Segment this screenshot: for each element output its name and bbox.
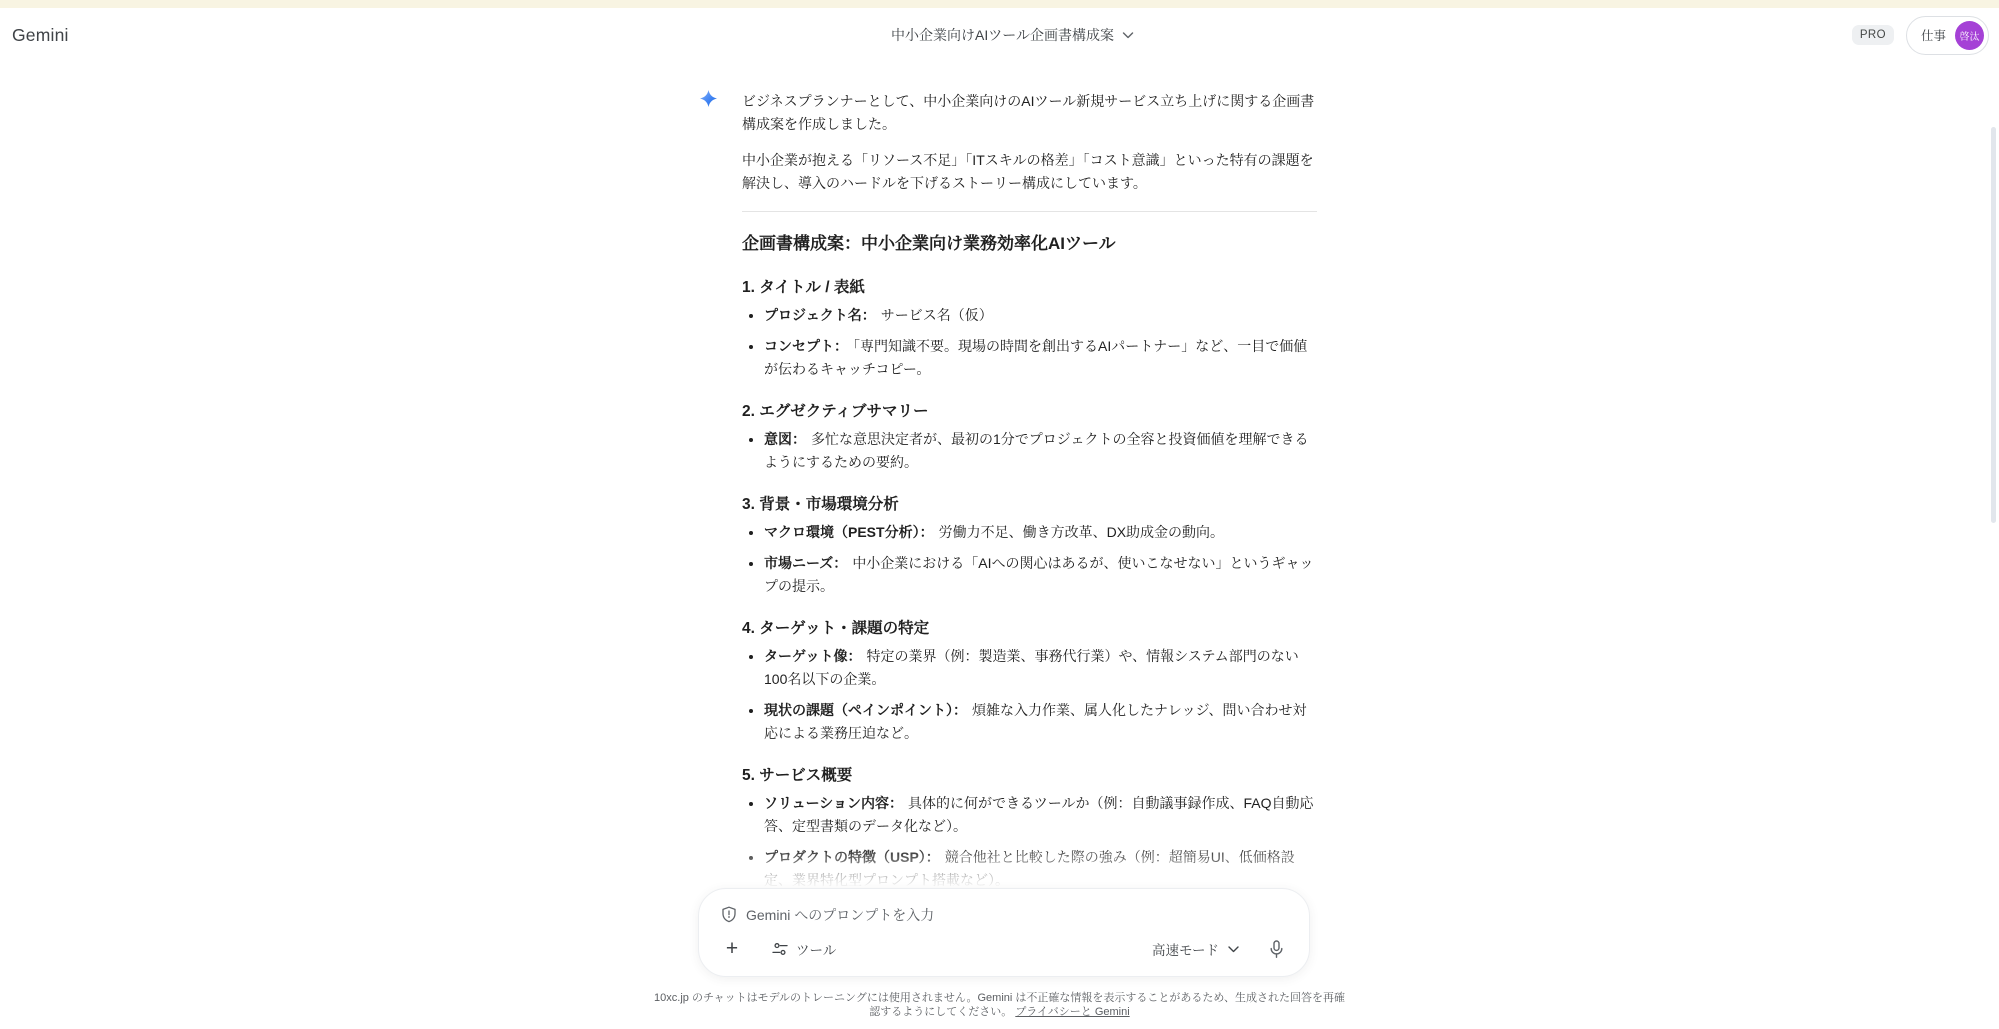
bullet-text: 多忙な意思決定者が、最初の1分でプロジェクトの全容と投資価値を理解できるようにす… [764,431,1309,470]
bullet-lead: コンセプト： [764,338,848,354]
section-heading: 1. タイトル / 表紙 [742,277,1317,298]
list-item: 市場ニーズ：中小企業における「AIへの関心はあるが、使いこなせない」というギャッ… [764,552,1317,598]
section-heading: 5. サービス概要 [742,765,1317,786]
bullet-list: ターゲット像：特定の業界（例：製造業、事務代行業）や、情報システム部門のない10… [742,645,1317,745]
mic-button[interactable] [1263,936,1289,962]
section-heading: 4. ターゲット・課題の特定 [742,618,1317,639]
bullet-list: 意図：多忙な意思決定者が、最初の1分でプロジェクトの全容と投資価値を理解できるよ… [742,428,1317,474]
bullet-list: マクロ環境（PEST分析）：労働力不足、働き方改革、DX助成金の動向。 市場ニー… [742,521,1317,598]
bullet-lead: 市場ニーズ： [764,555,847,571]
app-logo[interactable]: Gemini [12,25,69,46]
list-item: 現状の課題（ペインポイント）：煩雑な入力作業、属人化したナレッジ、問い合わせ対応… [764,699,1317,745]
list-item: ターゲット像：特定の業界（例：製造業、事務代行業）や、情報システム部門のない10… [764,645,1317,691]
bullet-lead: ソリューション内容： [764,795,903,811]
model-response: ビジネスプランナーとして、中小企業向けのAIツール新規サービス立ち上げに関する企… [742,90,1317,892]
browser-accent-strip [0,0,1999,8]
scrollbar-thumb[interactable] [1991,127,1996,523]
mic-icon [1268,940,1285,959]
intro-paragraph: 中小企業が抱える「リソース不足」「ITスキルの格差」「コスト意識」といった特有の… [742,149,1317,195]
plus-icon: + [726,937,738,960]
list-item: プロダクトの特徴（USP）：競合他社と比較した際の強み（例：超簡易UI、低価格設… [764,846,1317,892]
account-pill[interactable]: 仕事 啓汰 [1906,16,1989,55]
bullet-lead: ターゲット像： [764,648,861,664]
list-item: プロジェクト名：サービス名（仮） [764,304,1317,327]
intro-paragraph: ビジネスプランナーとして、中小企業向けのAIツール新規サービス立ち上げに関する企… [742,90,1317,136]
app-header: Gemini 中小企業向けAIツール企画書構成案 PRO 仕事 啓汰 [0,8,1999,62]
chevron-down-icon [1228,946,1239,953]
bullet-list: ソリューション内容：具体的に何ができるツールか（例：自動議事録作成、FAQ自動応… [742,792,1317,892]
composer-input-row [699,889,1309,923]
bullet-list: プロジェクト名：サービス名（仮） コンセプト：「専門知識不要。現場の時間を創出す… [742,304,1317,381]
prompt-input[interactable] [746,907,1285,923]
tools-button[interactable]: ツール [772,939,836,959]
list-item: コンセプト：「専門知識不要。現場の時間を創出するAIパートナー」など、一目で価値… [764,335,1317,381]
bullet-text: サービス名（仮） [881,307,993,323]
bullet-lead: 意図： [764,431,806,447]
mode-label: 高速モード [1152,939,1219,959]
shield-icon [721,906,737,923]
prompt-composer: + ツール 高速モード [698,888,1310,977]
chat-area: ビジネスプランナーとして、中小企業向けのAIツール新規サービス立ち上げに関する企… [700,90,1320,892]
bullet-lead: プロダクトの特徴（USP）： [764,849,940,865]
privacy-link[interactable]: プライバシーと Gemini [1015,1006,1129,1018]
section-heading: 2. エグゼクティブサマリー [742,401,1317,422]
mode-selector[interactable]: 高速モード [1152,939,1239,959]
gemini-sparkle-icon [700,90,717,107]
add-button[interactable]: + [719,936,745,962]
list-item: ソリューション内容：具体的に何ができるツールか（例：自動議事録作成、FAQ自動応… [764,792,1317,838]
list-item: マクロ環境（PEST分析）：労働力不足、働き方改革、DX助成金の動向。 [764,521,1317,544]
account-label: 仕事 [1921,26,1946,44]
document-title: 企画書構成案：中小企業向け業務効率化AIツール [742,231,1317,257]
bullet-text: 労働力不足、働き方改革、DX助成金の動向。 [939,524,1224,540]
bullet-lead: マクロ環境（PEST分析）： [764,524,934,540]
pro-badge: PRO [1852,25,1894,45]
conversation-title-dropdown[interactable]: 中小企業向けAIツール企画書構成案 [891,25,1134,45]
section-heading: 3. 背景・市場環境分析 [742,494,1317,515]
tools-label: ツール [796,939,836,959]
header-right: PRO 仕事 啓汰 [1852,16,1989,55]
list-item: 意図：多忙な意思決定者が、最初の1分でプロジェクトの全容と投資価値を理解できるよ… [764,428,1317,474]
footer-disclaimer: 10xc.jp のチャットはモデルのトレーニングには使用されません。Gemini… [0,991,1999,1019]
tune-icon [772,941,788,957]
avatar[interactable]: 啓汰 [1955,21,1984,50]
chevron-down-icon [1123,32,1134,39]
conversation-title: 中小企業向けAIツール企画書構成案 [891,25,1114,45]
gemini-app: { "header": { "app_name": "Gemini", "con… [0,0,1999,1029]
disclaimer-text: 10xc.jp のチャットはモデルのトレーニングには使用されません。Gemini… [654,992,1345,1018]
divider [742,211,1317,212]
bullet-lead: プロジェクト名： [764,307,876,323]
composer-toolbar: + ツール 高速モード [719,935,1289,963]
bullet-lead: 現状の課題（ペインポイント）： [764,702,967,718]
